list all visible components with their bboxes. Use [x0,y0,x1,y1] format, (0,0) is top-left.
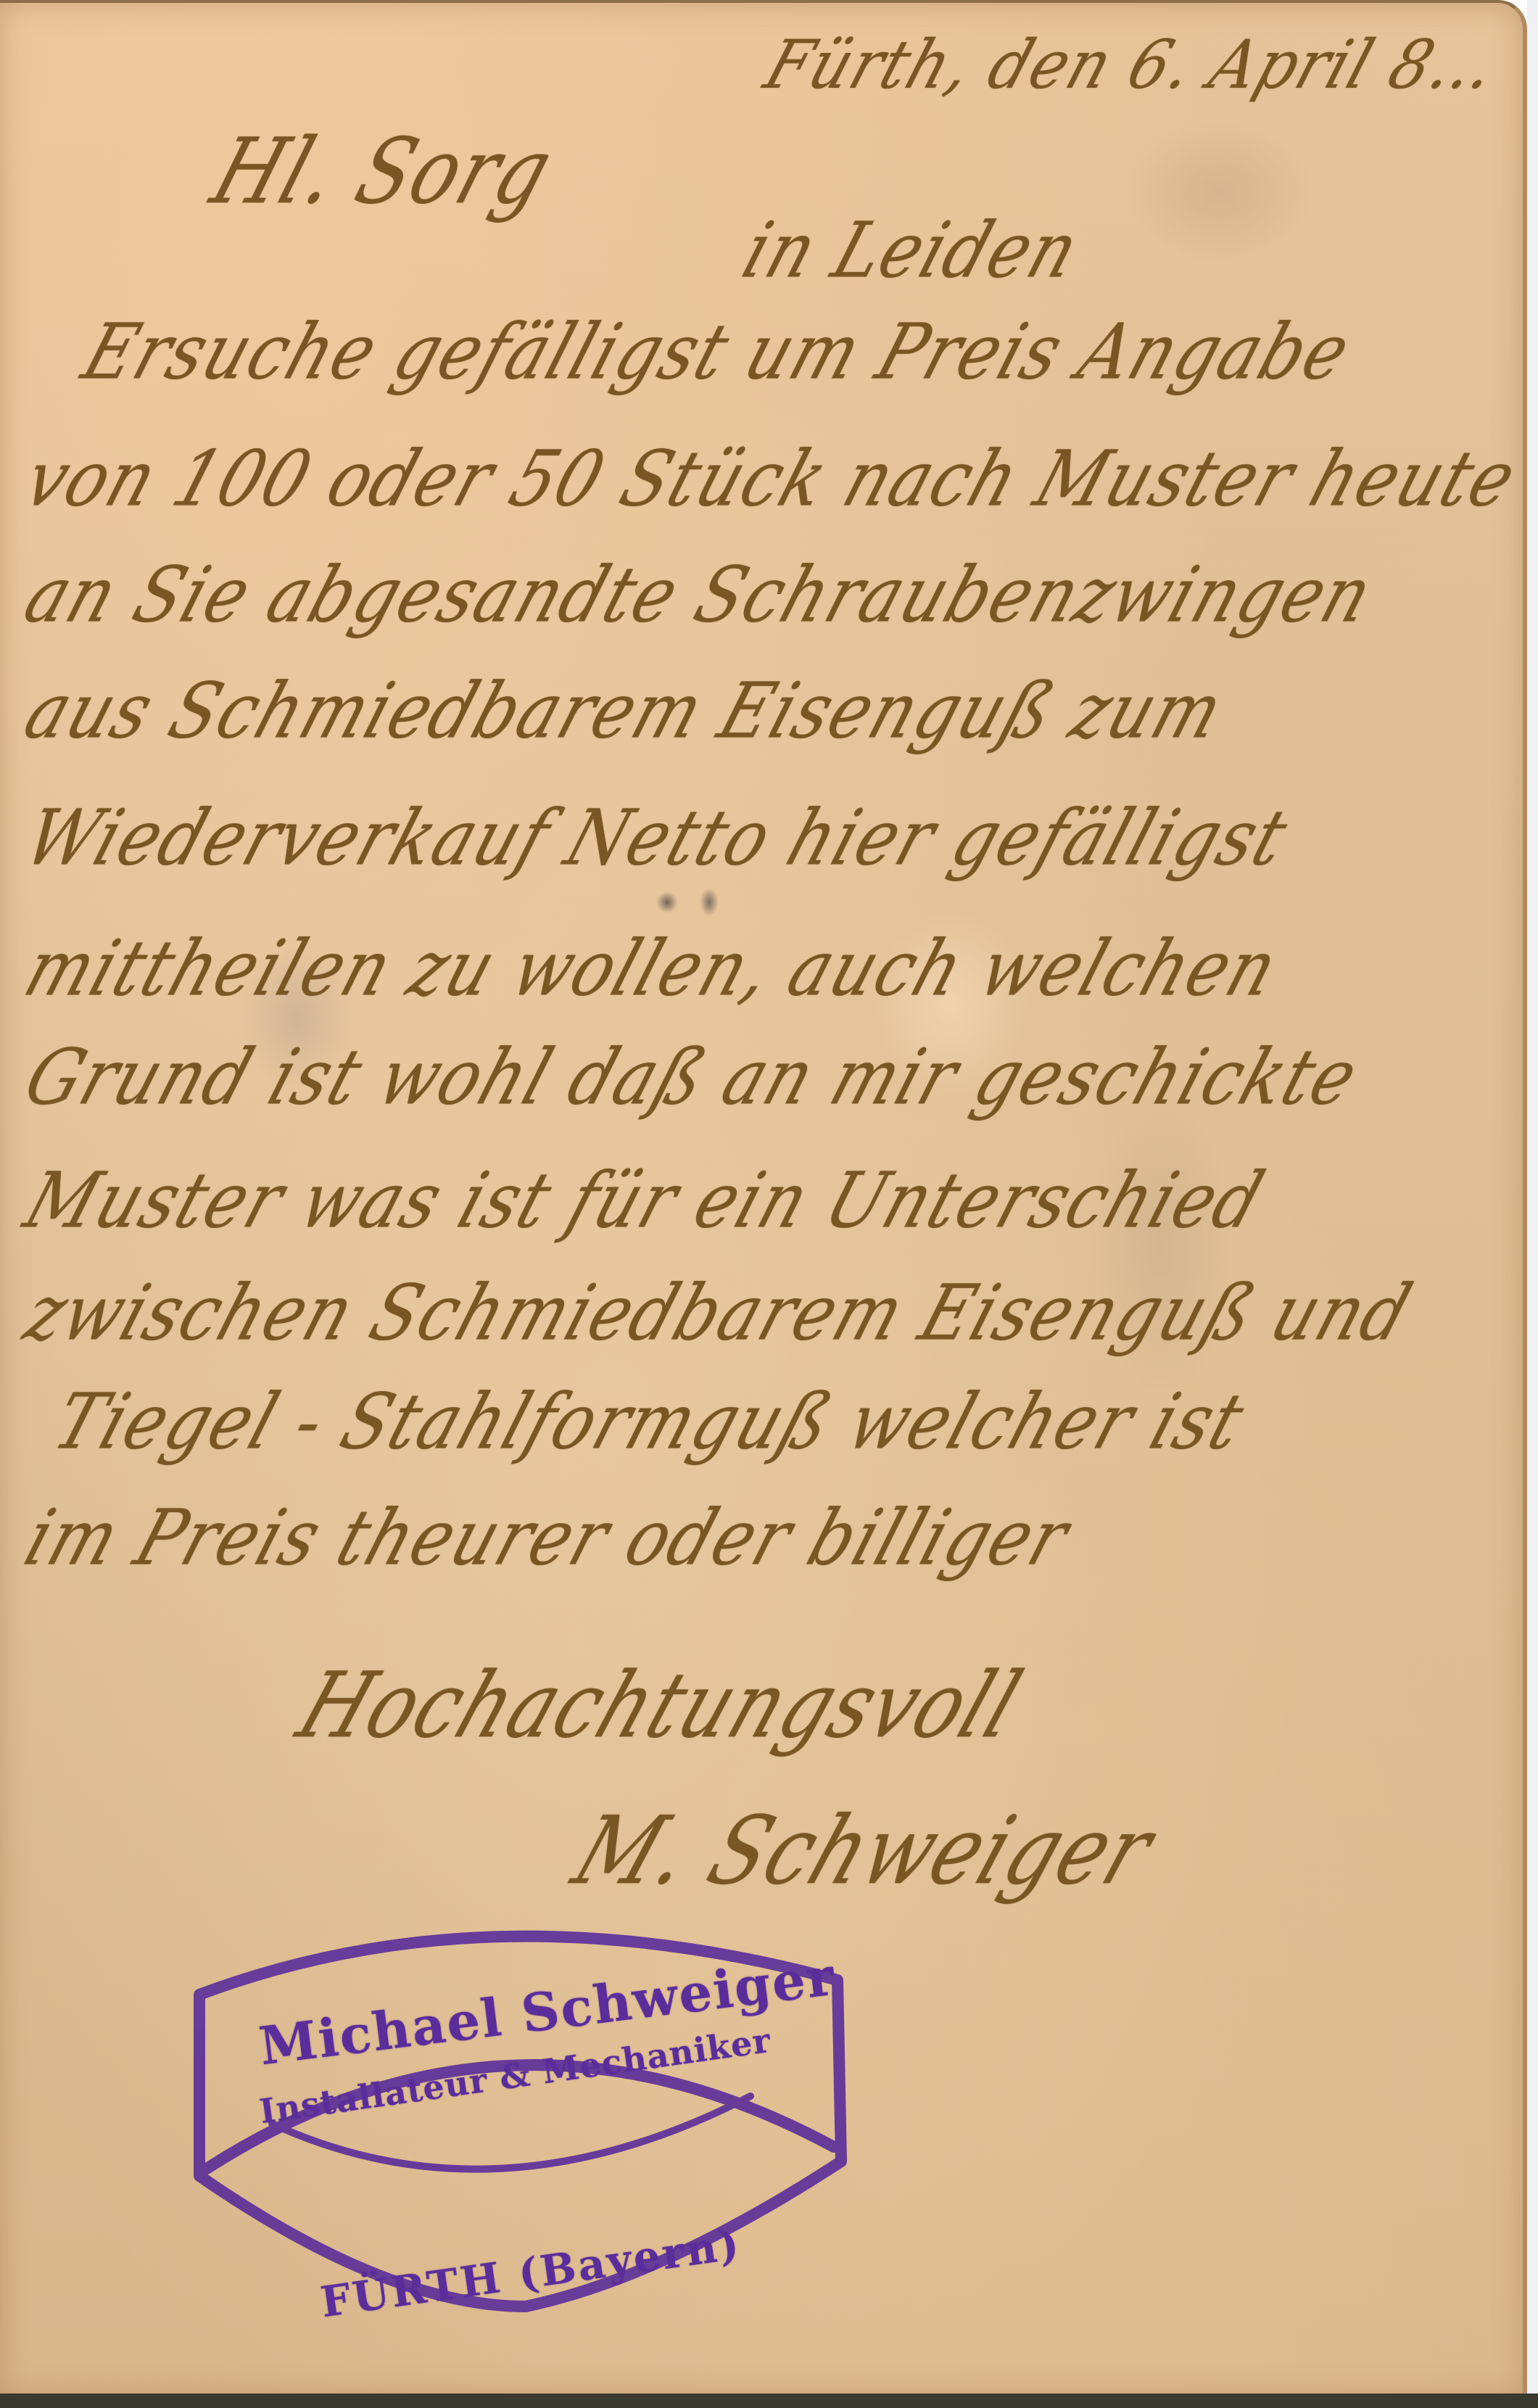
body-line: im Preis theurer oder billiger [17,1500,1078,1577]
body-line: an Sie abgesandte Schraubenzwingen [17,557,1382,634]
body-line: Wiederverkauf Netto hier gefälligst [17,800,1297,877]
body-line: aus Schmiedbarem Eisenguß zum [17,673,1233,750]
body-line: Tiegel - Stahlformguß welcher ist [46,1384,1254,1461]
closing: Hochachtungsvoll [285,1652,1035,1758]
body-line: Grund ist wohl daß an mir geschickte [17,1039,1368,1116]
date-line: Fürth, den 6. April 8… [756,25,1507,104]
scan-background-edge [1527,0,1538,2408]
ink-speck [656,891,678,913]
body-line: zwischen Schmiedbarem Eisenguß und [17,1275,1421,1352]
recipient-place: in Leiden [735,213,1088,289]
signature: M. Schweiger [561,1797,1167,1906]
salutation: Hl. Sorg [200,118,566,224]
body-line: mittheilen zu wollen, auch welchen [17,931,1287,1007]
body-line: Ersuche gefälligst um Preis Angabe [75,314,1360,391]
body-line: Muster was ist für ein Unterschied [17,1163,1273,1240]
rubber-stamp: Michael Schweiger Installateur & Mechani… [185,1929,852,2364]
body-line: von 100 oder 50 Stück nach Muster heute [17,441,1526,518]
scan-bottom-edge [0,2393,1538,2408]
paper-stain [1124,119,1312,264]
ink-speck [700,888,719,917]
